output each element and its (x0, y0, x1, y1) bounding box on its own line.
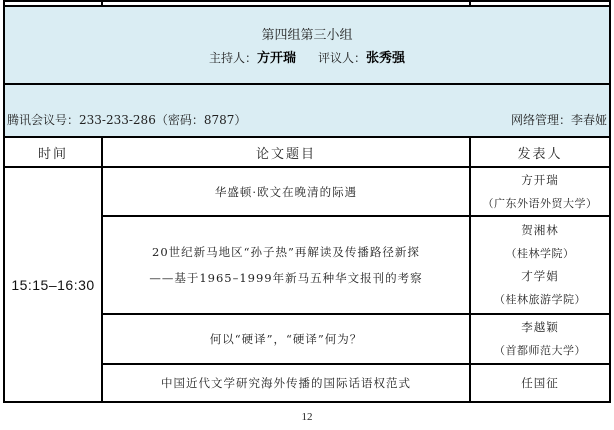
meeting-info: 腾讯会议号：233-233-286（密码：8787） 网络管理：李春娅 (4, 84, 610, 137)
header-time: 时间 (4, 137, 102, 167)
session-banner-row: 第四组第三小组 主持人：方开瑞评议人：张秀强 (4, 6, 610, 84)
presenter-affiliation: （桂林旅游学院） (471, 288, 609, 311)
schedule-sheet: 第四组第三小组 主持人：方开瑞评议人：张秀强 腾讯会议号：233-233-286… (3, 0, 609, 403)
time-slot: 15:15–16:30 (4, 167, 102, 402)
host-name: 方开瑞 (257, 51, 296, 66)
table-row: 15:15–16:30 华盛顿·欧文在晚清的际遇 方开瑞 （广东外语外贸大学） (4, 167, 610, 216)
presenter-name: 任国征 (471, 372, 609, 395)
session-people: 主持人：方开瑞评议人：张秀强 (5, 48, 609, 69)
table-header-row: 时间 论文题目 发表人 (4, 137, 610, 167)
network-admin: 网络管理：李春娅 (511, 111, 607, 128)
paper-title: 20世纪新马地区“孙子热”再解读及传播路径新探 ——基于1965–1999年新马… (102, 216, 470, 314)
presenter: 贺湘林 （桂林学院） 才学娟 （桂林旅游学院） (470, 216, 610, 314)
paper-title: 何以“硬译”，“硬译”何为？ (102, 314, 470, 364)
header-paper-title: 论文题目 (102, 137, 470, 167)
paper-title: 华盛顿·欧文在晚清的际遇 (102, 167, 470, 216)
presenter: 任国征 (470, 364, 610, 402)
schedule-table: 第四组第三小组 主持人：方开瑞评议人：张秀强 腾讯会议号：233-233-286… (3, 0, 611, 403)
presenter-name: 贺湘林 (471, 219, 609, 242)
presenter-affiliation: （桂林学院） (471, 242, 609, 265)
presenter-affiliation: （广东外语外贸大学） (471, 192, 609, 215)
presenter-affiliation: （首都师范大学） (471, 339, 609, 362)
host-label: 主持人： (209, 51, 257, 65)
presenter-name: 方开瑞 (471, 169, 609, 192)
session-banner: 第四组第三小组 主持人：方开瑞评议人：张秀强 (4, 6, 610, 84)
session-title: 第四组第三小组 (5, 26, 609, 46)
paper-title: 中国近代文学研究海外传播的国际话语权范式 (102, 364, 470, 402)
presenter: 李越颖 （首都师范大学） (470, 314, 610, 364)
header-presenter: 发表人 (470, 137, 610, 167)
reviewer-name: 张秀强 (366, 51, 405, 66)
page-number: 12 (0, 411, 614, 423)
tencent-meeting-id: 腾讯会议号：233-233-286（密码：8787） (7, 111, 246, 128)
reviewer-label: 评议人： (318, 51, 366, 65)
presenter-name: 李越颖 (471, 316, 609, 339)
presenter: 方开瑞 （广东外语外贸大学） (470, 167, 610, 216)
meeting-info-row: 腾讯会议号：233-233-286（密码：8787） 网络管理：李春娅 (4, 84, 610, 137)
presenter-name: 才学娟 (471, 265, 609, 288)
